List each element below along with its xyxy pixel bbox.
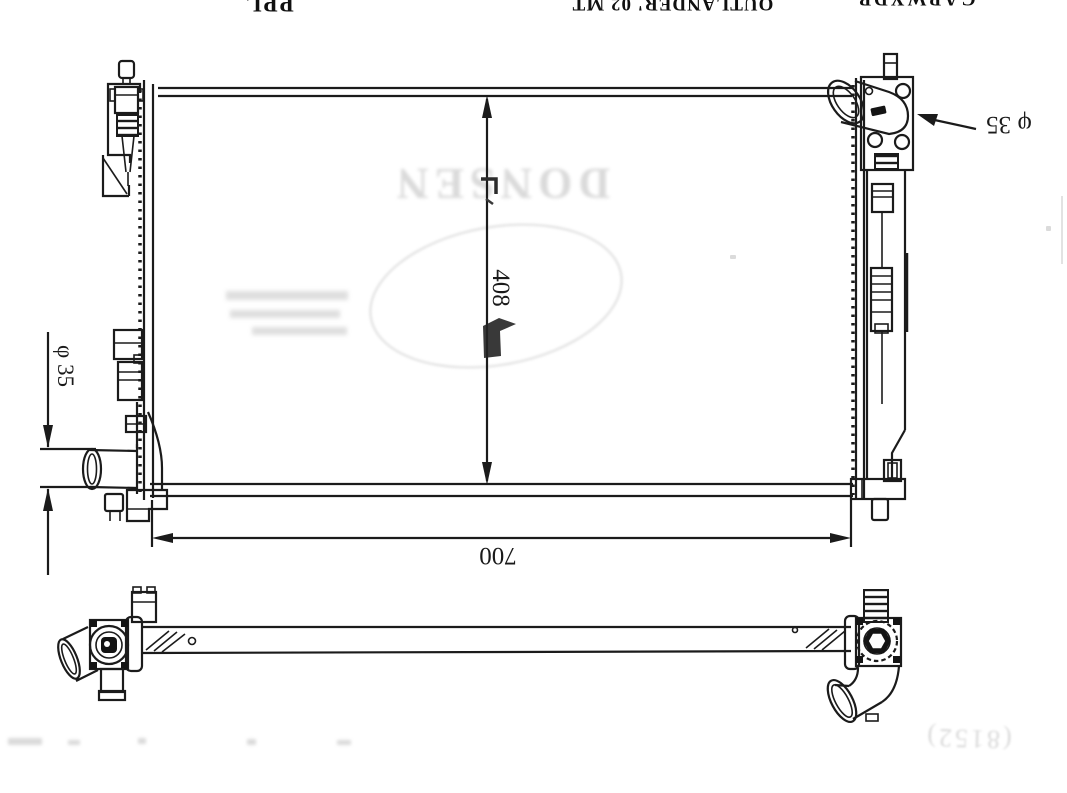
page-edge-text-center: OUTLANDER' 02 MT bbox=[545, 0, 800, 14]
watermark-flag-blob bbox=[483, 318, 516, 358]
mount-pin bbox=[119, 61, 134, 78]
left-tank-crimp-band bbox=[140, 80, 153, 500]
mount-hole bbox=[793, 628, 798, 633]
page-edge-text-right: GAPWYDB bbox=[848, 0, 983, 9]
scan-smudge bbox=[337, 740, 351, 745]
scan-speck bbox=[1046, 226, 1051, 231]
elbow-inner-wall bbox=[849, 668, 858, 686]
bottom-pin bbox=[872, 499, 888, 520]
dimension-annotations bbox=[40, 95, 976, 575]
page-edge-text-left: PPL bbox=[224, 0, 314, 16]
scan-speck bbox=[730, 255, 736, 259]
scan-smudge bbox=[8, 738, 42, 745]
filler-neck bbox=[115, 87, 138, 113]
mount-hole bbox=[189, 638, 196, 645]
bottom-pin bbox=[105, 494, 123, 511]
dimension-label-inlet-diameter: φ 35 bbox=[972, 110, 1046, 138]
leader-arrow-inlet-diameter bbox=[917, 114, 976, 129]
hatched-fitting-block bbox=[117, 115, 138, 136]
elbow-outer-wall bbox=[882, 666, 899, 702]
right-tank-crimp-band bbox=[853, 78, 864, 500]
bottom-view-right-fitting bbox=[822, 590, 901, 726]
faint-part-code: (8152) bbox=[903, 721, 1034, 756]
scan-smudge bbox=[68, 740, 80, 745]
scanned-catalog-page: DONSEN bbox=[0, 0, 1067, 793]
tank-fitting-upper bbox=[872, 184, 893, 212]
scan-smudge bbox=[247, 739, 256, 745]
dimension-line-700 bbox=[152, 500, 851, 547]
left-tank-assembly bbox=[83, 61, 167, 521]
dimension-label-core-width: 700 bbox=[461, 541, 535, 569]
mount-pin bbox=[884, 54, 897, 79]
radiator-technical-drawing bbox=[0, 0, 1067, 793]
bottom-view-left-fitting bbox=[54, 587, 156, 700]
radiator-bottom-view bbox=[54, 587, 901, 726]
right-tank-assembly bbox=[821, 54, 913, 520]
watermark-hook-mark bbox=[481, 179, 496, 194]
dimension-label-core-height: 408 bbox=[486, 256, 514, 320]
scan-smudge bbox=[138, 738, 146, 744]
outlet-opening bbox=[822, 676, 862, 726]
bottom-bracket bbox=[127, 490, 167, 521]
dimension-label-outlet-diameter: φ 35 bbox=[52, 333, 78, 399]
